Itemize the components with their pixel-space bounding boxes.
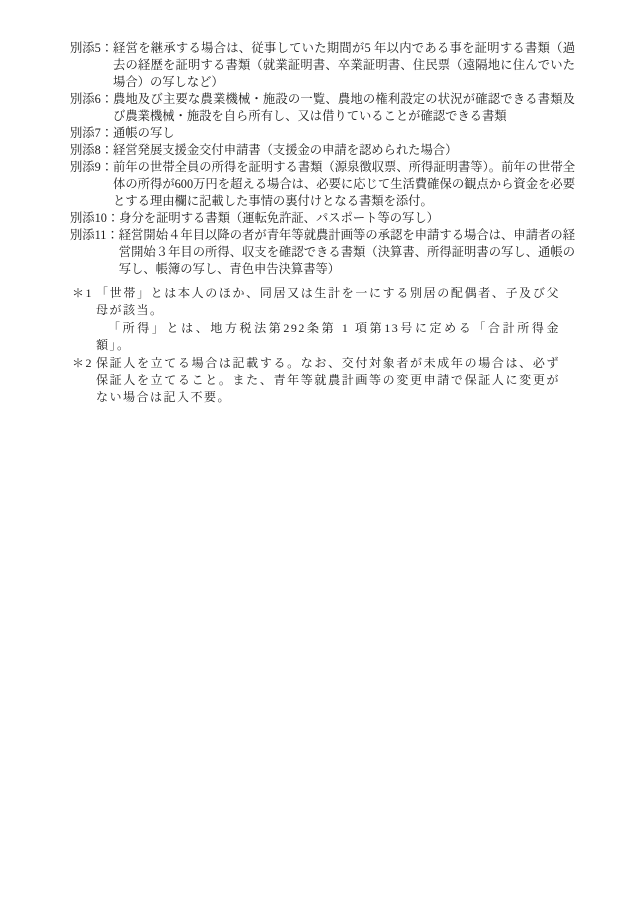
footnote-item: ＊1 「世帯」とは本人のほか、同居又は生計を一にする別居の配偶者、子及び父母が該… — [72, 285, 560, 355]
attachment-item: 別添7： 通帳の写し — [70, 125, 575, 142]
attachment-text: 前年の世帯全員の所得を証明する書類（源泉徴収票、所得証明書等）。前年の世帯全体の… — [113, 159, 575, 210]
document-page: 別添5： 経営を継承する場合は、従事していた期間が5 年以内である事を証明する書… — [0, 0, 630, 903]
footnote-body: 保証人を立てる場合は記載する。なお、交付対象者が未成年の場合は、必ず保証人を立て… — [96, 355, 560, 407]
attachment-label: 別添10： — [70, 210, 119, 227]
footnote-paragraph: 「所得」とは、地方税法第292条第 1 項第13号に定める「合計所得金額」。 — [96, 320, 560, 355]
attachment-text: 経営発展支援金交付申請書（支援金の申請を認められた場合） — [113, 142, 575, 159]
attachment-text: 経営開始４年目以降の者が青年等就農計画等の承認を申請する場合は、申請者の経営開始… — [119, 227, 575, 278]
attachment-item: 別添5： 経営を継承する場合は、従事していた期間が5 年以内である事を証明する書… — [70, 40, 575, 91]
attachment-item: 別添8： 経営発展支援金交付申請書（支援金の申請を認められた場合） — [70, 142, 575, 159]
footnote-item: ＊2 保証人を立てる場合は記載する。なお、交付対象者が未成年の場合は、必ず保証人… — [72, 355, 560, 407]
attachment-item: 別添6： 農地及び主要な農業機械・施設の一覧、農地の権利設定の状況が確認できる書… — [70, 91, 575, 125]
attachment-text: 農地及び主要な農業機械・施設の一覧、農地の権利設定の状況が確認できる書類及び農業… — [113, 91, 575, 125]
attachment-label: 別添11： — [70, 227, 119, 244]
attachment-label: 別添9： — [70, 159, 113, 176]
attachment-text: 身分を証明する書類（運転免許証、パスポート等の写し） — [119, 210, 575, 227]
attachment-item: 別添10： 身分を証明する書類（運転免許証、パスポート等の写し） — [70, 210, 575, 227]
attachment-text: 経営を継承する場合は、従事していた期間が5 年以内である事を証明する書類（過去の… — [113, 40, 575, 91]
footnote-label: ＊1 — [72, 285, 96, 302]
attachment-label: 別添8： — [70, 142, 113, 159]
footnote-list: ＊1 「世帯」とは本人のほか、同居又は生計を一にする別居の配偶者、子及び父母が該… — [72, 285, 560, 407]
attachment-label: 別添6： — [70, 91, 113, 108]
attachment-list: 別添5： 経営を継承する場合は、従事していた期間が5 年以内である事を証明する書… — [70, 40, 575, 278]
attachment-label: 別添5： — [70, 40, 113, 57]
attachment-label: 別添7： — [70, 125, 113, 142]
attachment-item: 別添11： 経営開始４年目以降の者が青年等就農計画等の承認を申請する場合は、申請… — [70, 227, 575, 278]
footnote-label: ＊2 — [72, 355, 96, 372]
attachment-text: 通帳の写し — [113, 125, 575, 142]
footnote-paragraph: 保証人を立てる場合は記載する。なお、交付対象者が未成年の場合は、必ず保証人を立て… — [96, 355, 560, 407]
footnote-body: 「世帯」とは本人のほか、同居又は生計を一にする別居の配偶者、子及び父母が該当。 … — [96, 285, 560, 355]
attachment-item: 別添9： 前年の世帯全員の所得を証明する書類（源泉徴収票、所得証明書等）。前年の… — [70, 159, 575, 210]
footnote-paragraph: 「世帯」とは本人のほか、同居又は生計を一にする別居の配偶者、子及び父母が該当。 — [96, 285, 560, 320]
